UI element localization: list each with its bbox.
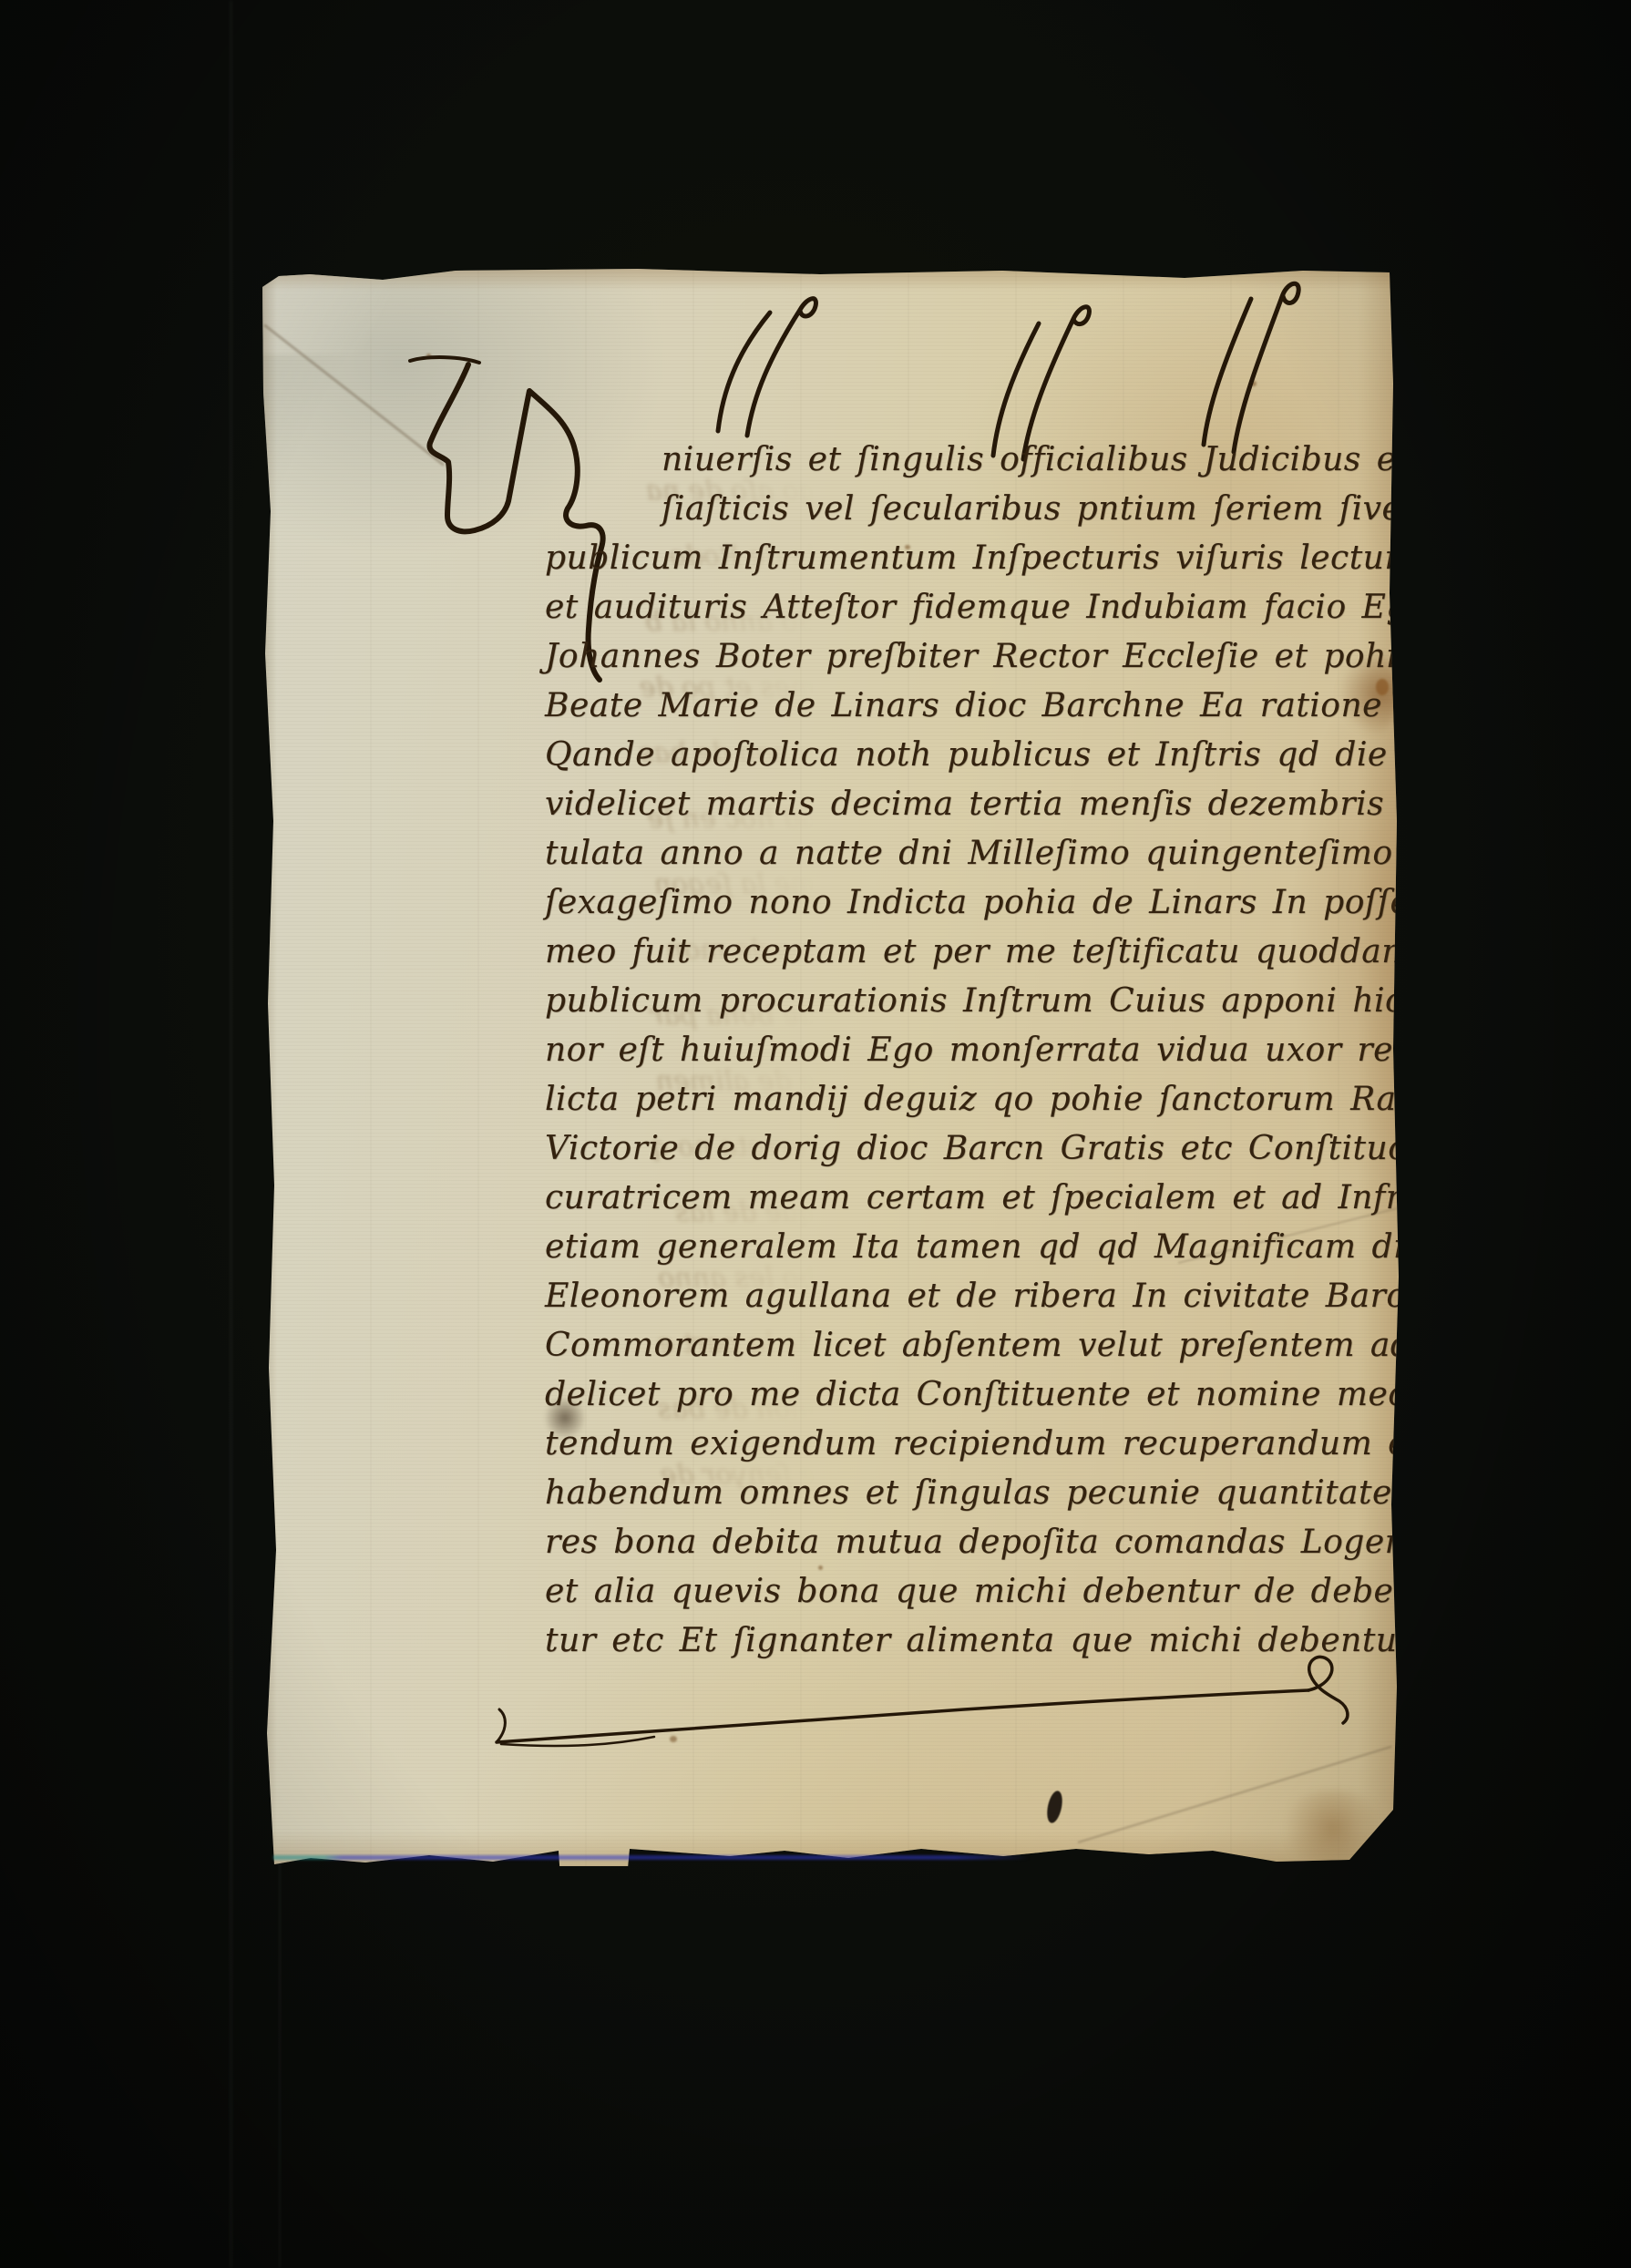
text-line: Victorie de dorig dioc Barcn Gratis etc … bbox=[545, 1124, 1410, 1174]
crease-top-left bbox=[263, 323, 445, 466]
text-line: habendum omnes et ſingulas pecunie quant… bbox=[545, 1469, 1410, 1518]
text-line: et alia quevis bona que michi debentur d… bbox=[545, 1567, 1410, 1616]
stain-bottom-edge bbox=[262, 1830, 1400, 1866]
manuscript-text-block: niuerſis et ſingulis officialibus Judici… bbox=[545, 436, 1410, 1666]
text-line: meo fuit receptam et per me teſtificatu … bbox=[545, 928, 1410, 977]
text-line: videlicet martis decima tertia menſis de… bbox=[545, 780, 1410, 829]
text-line: niuerſis et ſingulis officialibus Judici… bbox=[545, 436, 1410, 485]
text-line: licta petri mandij deguiz qo pohie ſanct… bbox=[545, 1075, 1410, 1124]
text-line: tulata anno a natte dni Milleſimo quinge… bbox=[545, 829, 1410, 878]
text-line: curatricem meam certam et ſpecialem et a… bbox=[545, 1174, 1410, 1223]
manuscript-page: go aſo de na la de Rodo So anno la b mes… bbox=[262, 267, 1400, 1866]
mat-fold-highlight bbox=[230, 0, 232, 2268]
foxing-spot bbox=[1251, 381, 1257, 386]
text-line: et audituris Atteſtor fidemque Indubiam … bbox=[545, 583, 1410, 632]
photograph: go aſo de na la de Rodo So anno la b mes… bbox=[0, 0, 1631, 2268]
text-line: delicet pro me dicta Conſtituente et nom… bbox=[545, 1370, 1410, 1420]
text-line: Johannes Boter preſbiter Rector Eccleſie… bbox=[545, 632, 1410, 682]
text-line: publicum procurationis Inſtrum Cuius app… bbox=[545, 977, 1410, 1026]
text-line: ſiaſticis vel ſecularibus pntium ſeriem … bbox=[545, 485, 1410, 534]
text-line: tendum exigendum recipiendum recuperandu… bbox=[545, 1420, 1410, 1469]
scan-color-fringe bbox=[273, 1855, 1030, 1860]
protocol-flourish-3 bbox=[1204, 283, 1298, 452]
closing-rule-flourish bbox=[497, 1657, 1348, 1746]
stain-bottom-right-corner bbox=[1274, 1791, 1392, 1866]
text-line: tur etc Et ſignanter alimenta que michi … bbox=[545, 1616, 1410, 1666]
text-line: ſexageſimo nono Indicta pohia de Linars … bbox=[545, 878, 1410, 928]
text-line: res bona debita mutua depoſita comandas … bbox=[545, 1518, 1410, 1567]
text-line: Beate Marie de Linars dioc Barchne Ea ra… bbox=[545, 682, 1410, 731]
text-line: publicum Inſtrumentum Inſpecturis viſuri… bbox=[545, 534, 1410, 583]
protocol-flourish-1 bbox=[718, 299, 815, 436]
crease-bottom-right bbox=[1078, 1746, 1392, 1843]
foxing-spot bbox=[426, 354, 431, 358]
text-line: Commorantem licet abſentem velut preſent… bbox=[545, 1321, 1410, 1370]
ink-blot bbox=[1044, 1790, 1064, 1824]
text-line: Qande apoſtolica noth publicus et Inſtri… bbox=[545, 731, 1410, 780]
torn-corner-flap bbox=[262, 271, 426, 354]
text-line: etiam generalem Ita tamen qd qd Magnific… bbox=[545, 1223, 1410, 1272]
stain-top-edge bbox=[262, 267, 1400, 291]
text-line: Eleonorem agullana et de ribera In civit… bbox=[545, 1272, 1410, 1321]
foxing-spot bbox=[670, 1736, 677, 1742]
text-line: nor eſt huiuſmodi Ego monſerrata vidua u… bbox=[545, 1026, 1410, 1075]
mat-crease bbox=[279, 1859, 281, 2268]
